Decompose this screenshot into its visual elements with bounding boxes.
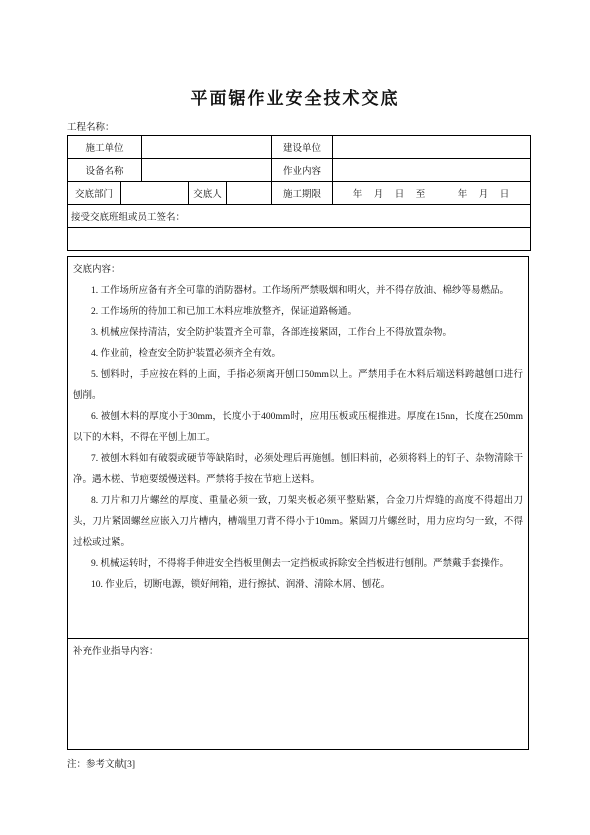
- disclosure-item-9: 9. 机械运转时，不得将手伸进安全挡板里侧去一定挡板或拆除安全挡板进行刨削。严禁…: [73, 554, 523, 575]
- signature-label: 接受交底班组或员工签名：: [68, 205, 531, 228]
- project-name-label: 工程名称：: [67, 119, 590, 133]
- disclosure-item-4: 4. 作业前，检查安全防护装置必须齐全有效。: [73, 344, 523, 365]
- disclosure-dept-label: 交底部门: [68, 182, 121, 205]
- info-row-1: 施工单位 建设单位: [68, 136, 531, 159]
- disclosure-item-3: 3. 机械应保持清洁，安全防护装置齐全可靠，各部连接紧固，工作台上不得放置杂物。: [73, 323, 523, 344]
- disclosure-content-label: 交底内容：: [73, 260, 523, 281]
- equipment-name-label: 设备名称: [68, 159, 142, 182]
- discloser-value: [227, 182, 272, 205]
- building-unit-value: [333, 136, 531, 159]
- supplement-label: 补充作业指导内容：: [73, 642, 523, 663]
- work-content-value: [333, 159, 531, 182]
- disclosure-dept-value: [121, 182, 189, 205]
- supplement-cell: 补充作业指导内容：: [68, 639, 528, 749]
- disclosure-item-8: 8. 刀片和刀片螺丝的厚度、重量必须一致，刀架夹板必须平整贴紧，合金刀片焊缝的高…: [73, 491, 523, 554]
- disclosure-item-2: 2. 工作场所的待加工和已加工木料应堆放整齐，保证道路畅通。: [73, 302, 523, 323]
- discloser-label: 交底人: [189, 182, 227, 205]
- info-row-3: 交底部门 交底人 施工期限 年 月 日 至 年 月 日: [68, 182, 531, 205]
- construction-unit-value: [142, 136, 272, 159]
- footnote: 注：参考文献[3]: [67, 756, 590, 770]
- signature-blank-cell: [68, 228, 531, 251]
- signature-blank-row: [68, 228, 531, 251]
- disclosure-item-6: 6. 被刨木料的厚度小于30mm，长度小于400mm时，应用压板或压棍推进。厚度…: [73, 407, 523, 449]
- signature-row: 接受交底班组或员工签名：: [68, 205, 531, 228]
- disclosure-item-1: 1. 工作场所应备有齐全可靠的消防器材。工作场所严禁吸烟和明火，并不得存放油、棉…: [73, 281, 523, 302]
- construction-unit-label: 施工单位: [68, 136, 142, 159]
- disclosure-item-10: 10. 作业后，切断电源，锁好闸箱，进行擦拭、润滑、清除木屑、刨花。: [73, 575, 523, 596]
- disclosure-content-cell: 交底内容： 1. 工作场所应备有齐全可靠的消防器材。工作场所严禁吸烟和明火，并不…: [68, 257, 528, 639]
- disclosure-content-box: 交底内容： 1. 工作场所应备有齐全可靠的消防器材。工作场所严禁吸烟和明火，并不…: [67, 256, 529, 750]
- disclosure-item-7: 7. 被刨木料如有破裂或硬节等缺陷时，必须处理后再施刨。刨旧料前，必须将料上的钉…: [73, 449, 523, 491]
- info-row-2: 设备名称 作业内容: [68, 159, 531, 182]
- building-unit-label: 建设单位: [272, 136, 333, 159]
- construction-period-label: 施工期限: [272, 182, 333, 205]
- document-page: 平面锯作业安全技术交底 工程名称： 施工单位 建设单位 设备名称 作业内容 交底…: [0, 0, 590, 835]
- info-table: 施工单位 建设单位 设备名称 作业内容 交底部门 交底人 施工期限 年 月 日 …: [67, 135, 531, 251]
- work-content-label: 作业内容: [272, 159, 333, 182]
- document-title: 平面锯作业安全技术交底: [0, 0, 590, 109]
- construction-period-value: 年 月 日 至 年 月 日: [333, 182, 531, 205]
- disclosure-item-5: 5. 刨料时，手应按在料的上面，手指必须离开刨口50mm以上。严禁用手在木料后端…: [73, 365, 523, 407]
- equipment-name-value: [142, 159, 272, 182]
